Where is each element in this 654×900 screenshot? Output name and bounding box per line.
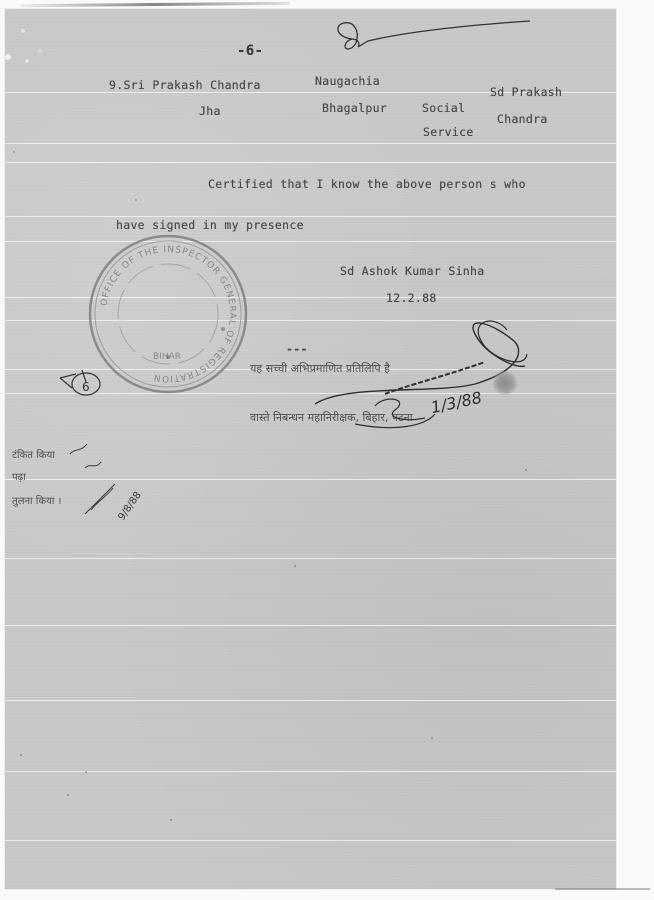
entry-address-line1: Naugachia — [315, 74, 380, 88]
scan-line — [5, 840, 616, 841]
scan-line — [5, 143, 616, 144]
speck — [85, 771, 87, 773]
scuff-marks — [5, 17, 45, 67]
speck — [135, 199, 137, 201]
entry-occupation-line2: Service — [423, 125, 474, 139]
speck — [294, 565, 296, 567]
entry-name-line1: 9.Sri Prakash Chandra — [109, 78, 261, 92]
svg-text:9/8/88: 9/8/88 — [116, 490, 143, 523]
speck — [431, 737, 433, 739]
speck — [170, 819, 172, 821]
speck — [20, 754, 22, 756]
margin-note-compared: तुलना किया । — [12, 493, 61, 507]
circled-number-mark: 6 — [58, 366, 108, 401]
entry-signature-line1: Sd Prakash — [490, 85, 562, 99]
svg-text:6: 6 — [82, 380, 90, 394]
margin-note-typed: टंकित किया — [12, 447, 55, 461]
scan-top-edge — [20, 2, 290, 7]
certification-line1: Certified that I know the above person s… — [208, 177, 526, 191]
divider-dashes: --- — [286, 342, 308, 356]
svg-text:OFFICE OF THE INSPECTOR GENERA: OFFICE OF THE INSPECTOR GENERAL OF REGIS… — [99, 245, 237, 383]
scan-line — [5, 558, 616, 559]
scan-line — [5, 771, 616, 772]
ink-smudge — [492, 371, 518, 395]
entry-signature-line2: Chandra — [497, 112, 548, 126]
margin-note-read: पढ़ा — [12, 469, 26, 483]
entry-occupation-line1: Social — [422, 101, 465, 115]
document-page: -6- 9.Sri Prakash Chandra Jha Naugachia … — [5, 9, 616, 889]
official-seal-stamp: OFFICE OF THE INSPECTOR GENERAL OF REGIS… — [83, 229, 253, 399]
scan-line — [5, 625, 616, 626]
handwritten-initial-top — [330, 17, 580, 57]
scan-bottom-edge — [555, 888, 650, 890]
certification-signatory: Sd Ashok Kumar Sinha — [340, 264, 484, 278]
page-number: -6- — [237, 43, 263, 59]
scan-line — [5, 216, 616, 217]
scan-line — [5, 700, 616, 701]
scan-line — [5, 162, 616, 163]
entry-address-line2: Bhagalpur — [322, 101, 387, 115]
certification-date: 12.2.88 — [386, 291, 437, 305]
entry-name-line2: Jha — [199, 104, 221, 118]
margin-initials-handwritten: 9/8/88 — [65, 434, 155, 524]
speck — [67, 794, 69, 796]
speck — [13, 151, 15, 153]
svg-text:1/3/88: 1/3/88 — [429, 388, 483, 417]
speck — [525, 469, 527, 471]
scan-canvas: -6- 9.Sri Prakash Chandra Jha Naugachia … — [0, 0, 654, 900]
